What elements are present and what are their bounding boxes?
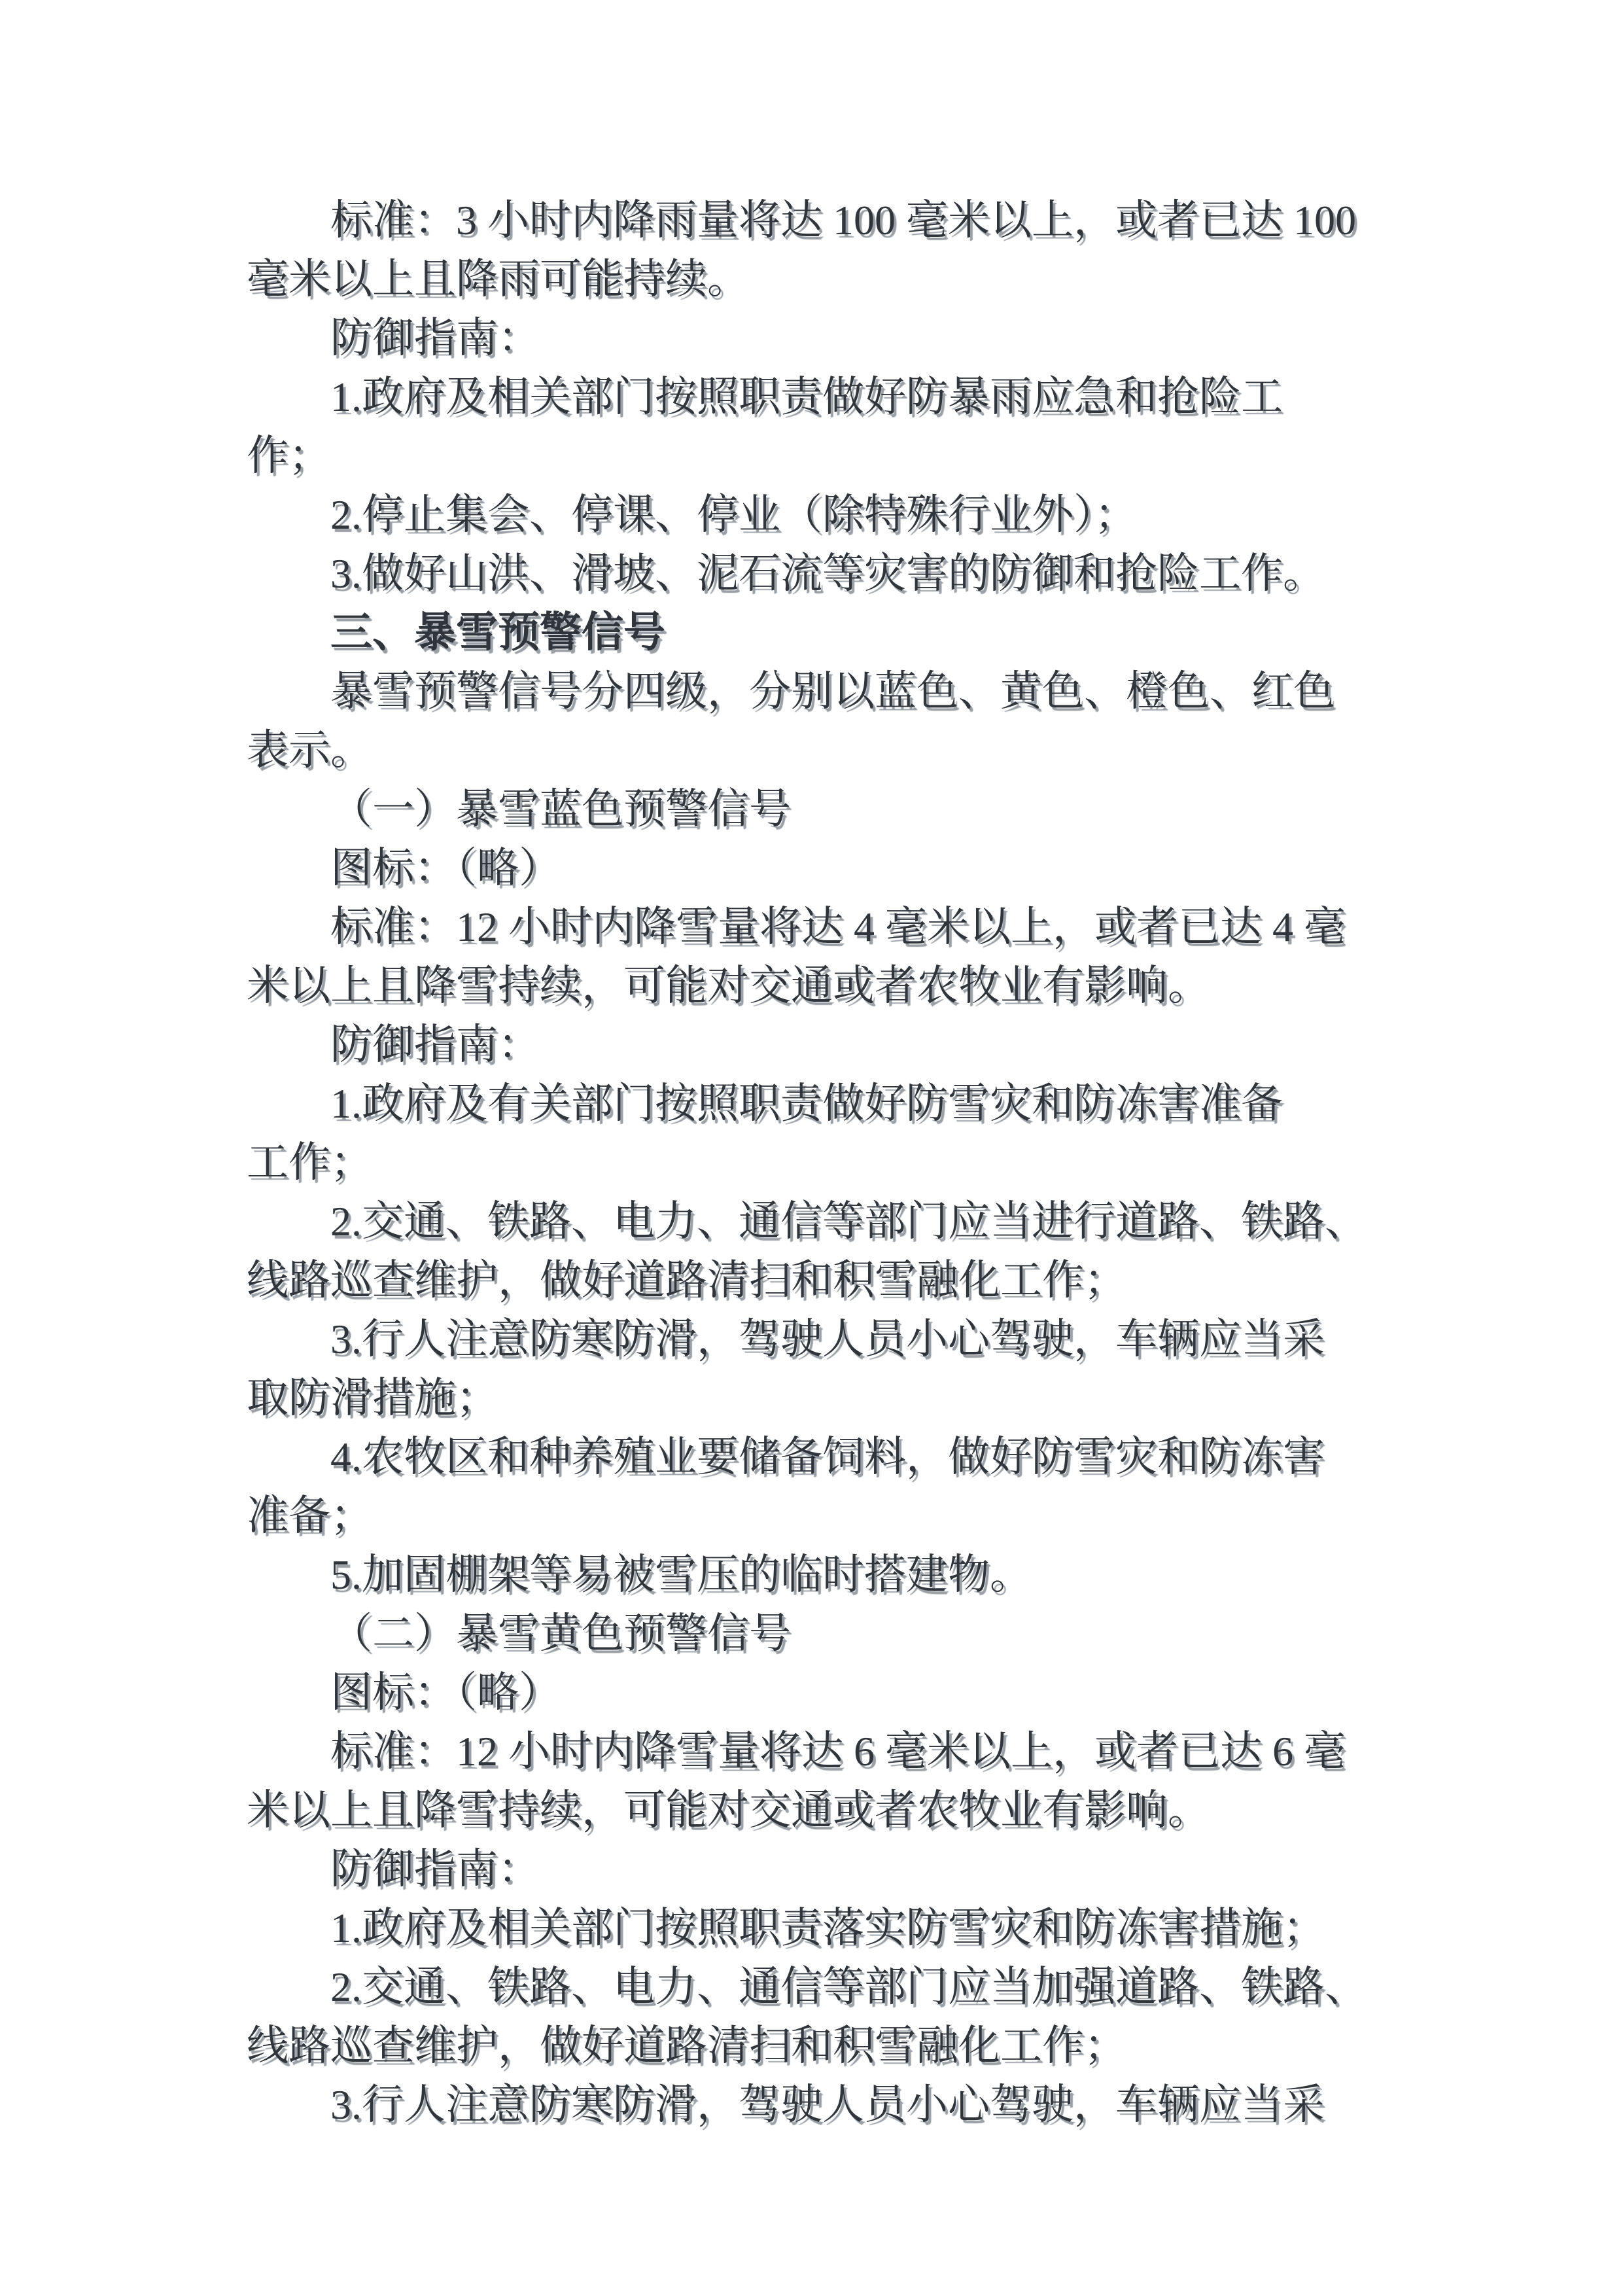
text-line: 5.加固棚架等易被雪压的临时搭建物。 [247,1545,1378,1604]
text-line: 3.行人注意防寒防滑，驾驶人员小心驾驶，车辆应当采 [247,1310,1378,1369]
text-line: 1.政府及有关部门按照职责做好防雪灾和防冻害准备 [247,1074,1378,1133]
text-line: 工作； [247,1133,1378,1192]
text-line: 2.停止集会、停课、停业（除特殊行业外）； [247,486,1378,544]
text-line: 4.农牧区和种养殖业要储备饲料，做好防雪灾和防冻害 [247,1428,1378,1487]
heading-line: 三、暴雪预警信号 [247,603,1378,662]
text-line: 图标：（略） [247,1663,1378,1722]
text-line: 防御指南： [247,309,1378,368]
text-line: 表示。 [247,721,1378,780]
text-line: （二）暴雪黄色预警信号 [247,1604,1378,1663]
document-page: 标准：3 小时内降雨量将达 100 毫米以上，或者已达 100毫米以上且降雨可能… [0,0,1623,2296]
text-line: 标准：12 小时内降雪量将达 6 毫米以上，或者已达 6 毫 [247,1722,1378,1781]
text-line: （一）暴雪蓝色预警信号 [247,780,1378,839]
text-line: 3.做好山洪、滑坡、泥石流等灾害的防御和抢险工作。 [247,544,1378,603]
text-line: 米以上且降雪持续，可能对交通或者农牧业有影响。 [247,957,1378,1016]
text-line: 2.交通、铁路、电力、通信等部门应当进行道路、铁路、 [247,1192,1378,1251]
text-line: 2.交通、铁路、电力、通信等部门应当加强道路、铁路、 [247,1958,1378,2017]
text-line: 3.行人注意防寒防滑，驾驶人员小心驾驶，车辆应当采 [247,2075,1378,2134]
text-line: 取防滑措施； [247,1369,1378,1428]
text-line: 标准：3 小时内降雨量将达 100 毫米以上，或者已达 100 [247,191,1378,250]
text-line: 防御指南： [247,1016,1378,1074]
text-line: 线路巡查维护，做好道路清扫和积雪融化工作； [247,2017,1378,2075]
text-line: 准备； [247,1487,1378,1545]
text-line: 标准：12 小时内降雪量将达 4 毫米以上，或者已达 4 毫 [247,898,1378,957]
text-line: 1.政府及相关部门按照职责做好防暴雨应急和抢险工 [247,368,1378,427]
text-line: 1.政府及相关部门按照职责落实防雪灾和防冻害措施； [247,1899,1378,1958]
text-line: 毫米以上且降雨可能持续。 [247,250,1378,309]
text-line: 暴雪预警信号分四级，分别以蓝色、黄色、橙色、红色 [247,662,1378,721]
text-line: 线路巡查维护，做好道路清扫和积雪融化工作； [247,1251,1378,1310]
text-line: 图标：（略） [247,839,1378,898]
text-line: 防御指南： [247,1840,1378,1899]
text-line: 作； [247,427,1378,486]
text-line: 米以上且降雪持续，可能对交通或者农牧业有影响。 [247,1781,1378,1840]
document-body: 标准：3 小时内降雨量将达 100 毫米以上，或者已达 100毫米以上且降雨可能… [247,191,1378,2134]
